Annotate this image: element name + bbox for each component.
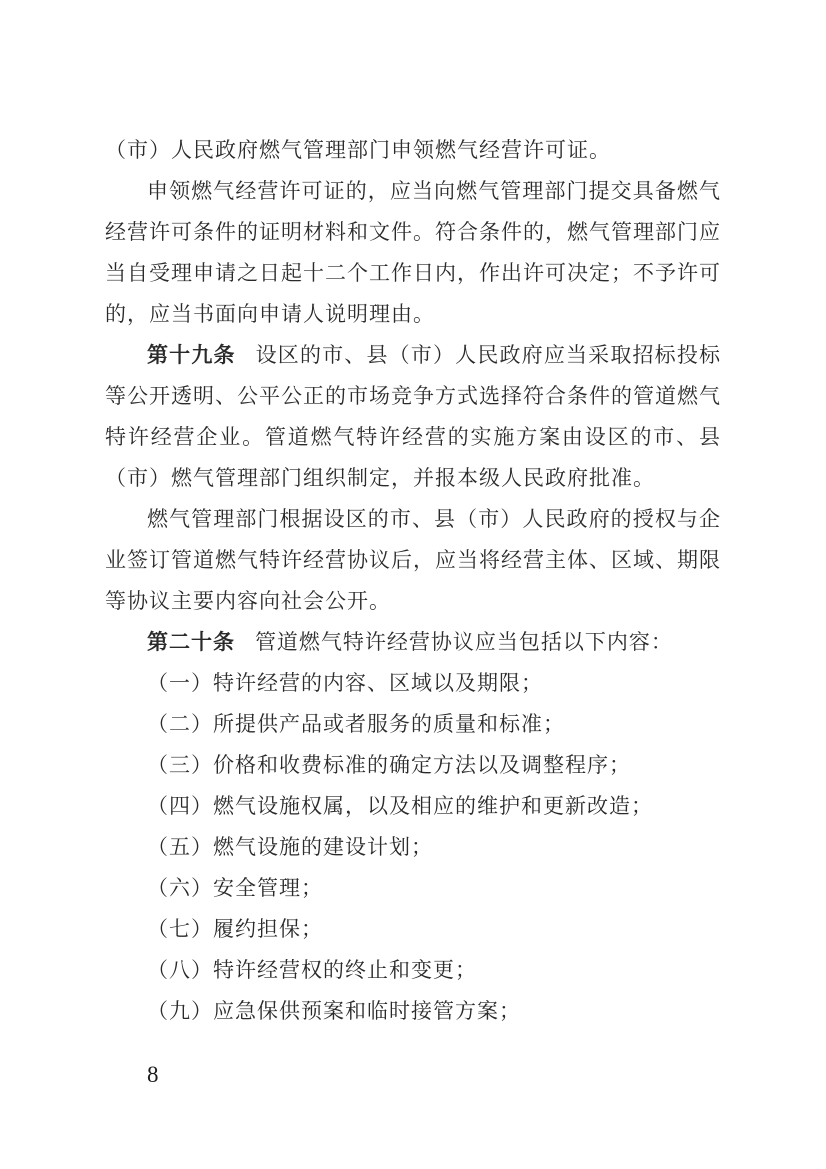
list-item-3: （三）价格和收费标准的确定方法以及调整程序； — [105, 745, 721, 786]
paragraph-license-application: 申领燃气经营许可证的，应当向燃气管理部门提交具备燃气经营许可条件的证明材料和文件… — [105, 171, 721, 335]
list-item-1: （一）特许经营的内容、区域以及期限； — [105, 663, 721, 704]
article-19-clause: 第十九条设区的市、县（市）人民政府应当采取招标投标等公开透明、公平公正的市场竞争… — [105, 335, 721, 499]
article-20-text: 管道燃气特许经营协议应当包括以下内容： — [255, 630, 673, 654]
article-20-number: 第二十条 — [147, 630, 235, 654]
paragraph-agreement-publication: 燃气管理部门根据设区的市、县（市）人民政府的授权与企业签订管道燃气特许经营协议后… — [105, 499, 721, 622]
list-item-5: （五）燃气设施的建设计划； — [105, 827, 721, 868]
page-number: 8 — [147, 1060, 159, 1090]
paragraph-continuation: （市）人民政府燃气管理部门申领燃气经营许可证。 — [105, 130, 721, 171]
list-item-9: （九）应急保供预案和临时接管方案； — [105, 991, 721, 1032]
document-page: （市）人民政府燃气管理部门申领燃气经营许可证。 申领燃气经营许可证的，应当向燃气… — [0, 0, 826, 1169]
list-item-4: （四）燃气设施权属，以及相应的维护和更新改造； — [105, 786, 721, 827]
article-19-number: 第十九条 — [147, 343, 236, 367]
list-item-7: （七）履约担保； — [105, 909, 721, 950]
article-20-clause: 第二十条管道燃气特许经营协议应当包括以下内容： — [105, 622, 721, 663]
document-body: （市）人民政府燃气管理部门申领燃气经营许可证。 申领燃气经营许可证的，应当向燃气… — [105, 130, 721, 1032]
list-item-6: （六）安全管理； — [105, 868, 721, 909]
list-item-2: （二）所提供产品或者服务的质量和标准； — [105, 704, 721, 745]
list-item-8: （八）特许经营权的终止和变更； — [105, 950, 721, 991]
